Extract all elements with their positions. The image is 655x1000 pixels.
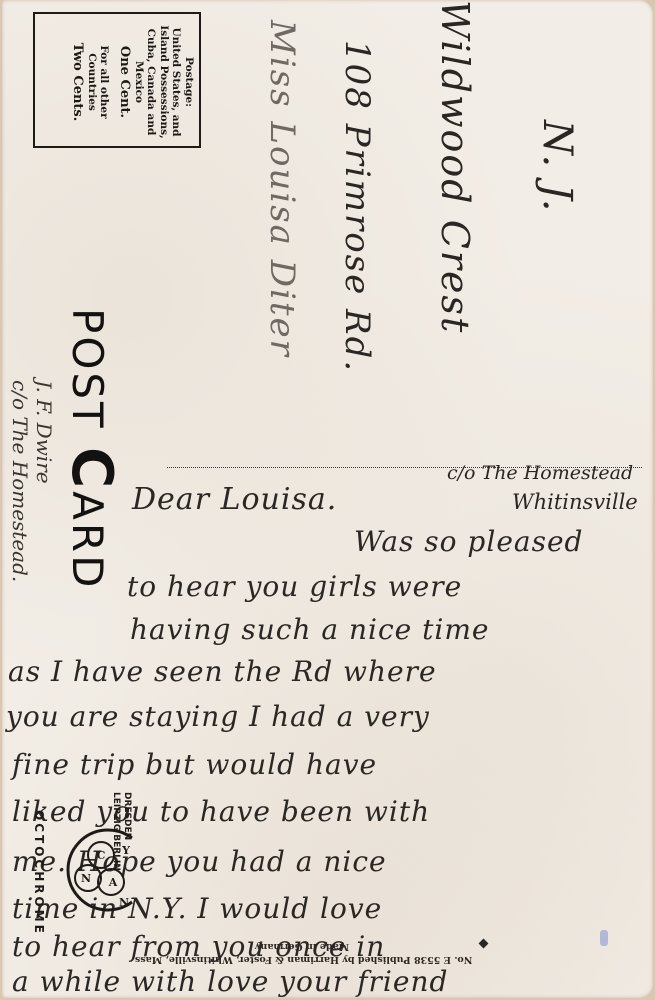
title-card-initial: C — [59, 447, 124, 491]
return-address-line1: c/o The Homestead — [447, 462, 633, 484]
postage-line: Island Possessions, — [158, 18, 171, 146]
svg-text:A: A — [108, 876, 118, 889]
address-line-street: 108 Primrose Rd. — [337, 40, 377, 373]
foreign-line: Countries — [86, 18, 99, 146]
trademark-city-1: DRESDEN — [121, 792, 132, 871]
postage-stamp-box: Postage: United States, and Island Posse… — [33, 12, 201, 148]
trademark-cities: DRESDEN LEIPZIG BERLIN — [110, 792, 132, 871]
postcard-back: Postage: United States, and Island Posse… — [2, 0, 653, 998]
sender-name: J. F. Dwire — [32, 380, 56, 582]
postage-line: Mexico — [133, 18, 146, 146]
svg-text:C: C — [97, 849, 106, 862]
postage-line: United States, and — [170, 18, 183, 146]
message-greeting: Dear Louisa. — [132, 482, 337, 517]
blue-stain — [600, 930, 608, 946]
publisher-line: No. E 5538 Published by Harriman & Foste… — [97, 953, 507, 966]
message-line: fine trip but would have — [12, 748, 377, 781]
postage-heading: Postage: — [183, 18, 196, 146]
message-line: Was so pleased — [354, 525, 583, 558]
foreign-line: For all other — [98, 18, 111, 146]
made-in-germany: Made in Germany — [97, 940, 507, 953]
sender-margin-note: J. F. Dwire c/o The Homestead. — [8, 380, 56, 582]
post-card-title: POST CARD — [64, 308, 114, 590]
trademark-city-2: LEIPZIG BERLIN — [110, 792, 121, 871]
message-line: as I have seen the Rd where — [8, 655, 437, 688]
address-line-city: Wildwood Crest — [433, 0, 477, 334]
sender-address: c/o The Homestead. — [8, 380, 32, 582]
address-line-name: Miss Louisa Diter — [262, 20, 302, 358]
message-line: a while with love your friend — [12, 965, 448, 998]
svg-text:N: N — [81, 872, 91, 885]
svg-text:N: N — [119, 896, 129, 909]
address-line-state: N. J. — [534, 120, 580, 214]
postage-line: Cuba, Canada and — [145, 18, 158, 146]
octochrome-trademark-icon: C N A Y N — [36, 810, 156, 930]
publisher-imprint: No. E 5538 Published by Harriman & Foste… — [97, 940, 507, 966]
title-card-rest: ARD — [63, 491, 112, 590]
domestic-rate: One Cent. — [117, 18, 133, 146]
message-line: having such a nice time — [130, 613, 489, 646]
trademark-name: OCTOCHROME — [32, 810, 46, 936]
message-line: you are staying I had a very — [6, 700, 430, 733]
return-address-line2: Whitinsville — [512, 490, 638, 514]
message-line: to hear you girls were — [127, 570, 462, 603]
title-post: POST — [63, 308, 112, 431]
foreign-rate: Two Cents. — [70, 18, 86, 146]
postage-instructions: Postage: United States, and Island Posse… — [39, 18, 195, 146]
